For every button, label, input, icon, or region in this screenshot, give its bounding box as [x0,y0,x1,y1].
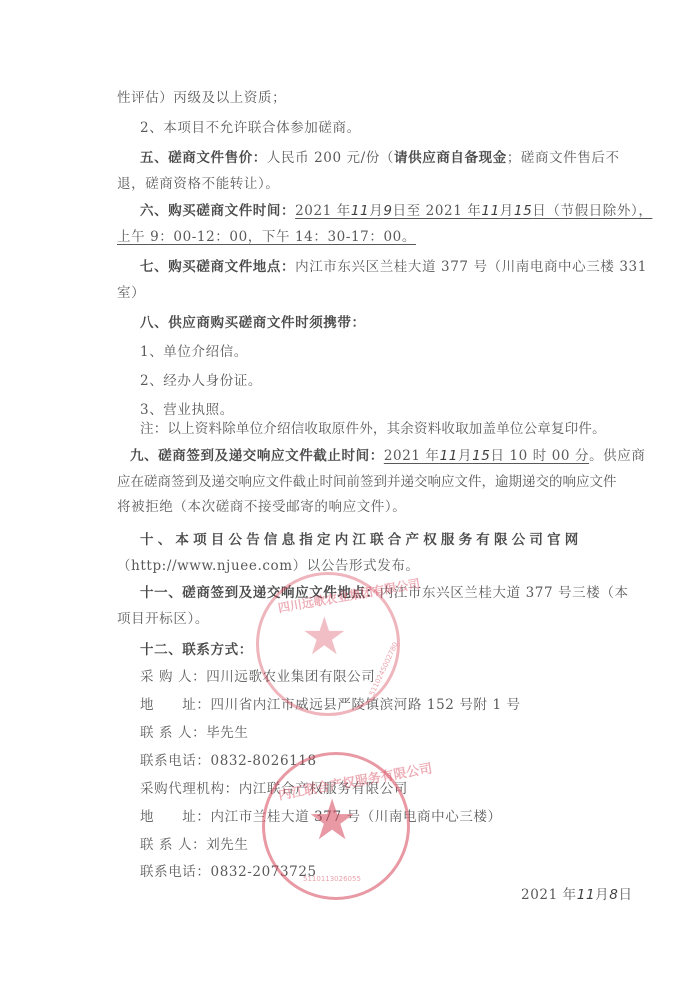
cash-note: 请供应商自备现金 [394,150,507,166]
contact-label: 联 系 人： [140,837,206,853]
address-label: 地 址： [140,809,211,825]
consortium-rule: 2、本项目不允许联合体参加磋商。 [140,118,630,138]
agency-phone: 0832-2073725 [211,864,317,880]
handwritten-month: 11 [577,887,595,903]
document-page: 性评估）丙级及以上资质； 2、本项目不允许联合体参加磋商。 五、磋商文件售价：人… [0,0,700,989]
phone-label: 联系电话： [140,753,211,769]
issue-date: 2021 年11月8日 [521,885,631,905]
section-10-announcement: 十、本项目公告信息指定内江联合产权服务有限公司官网 [140,530,630,550]
date-month-suffix: 月 [595,887,609,903]
purchaser-phone-row: 联系电话：0832-8026118 [140,751,630,771]
agency-contact: 刘先生 [206,837,248,853]
contact-label: 联 系 人： [140,725,206,741]
section-8-heading: 八、供应商购买磋商文件时须携带： [140,313,630,333]
website-link[interactable]: （http://www.njuee.com）以公告形式发布。 [117,556,607,576]
office-hours: 上午 9：00-12：00，下午 14：30-17：00。 [117,227,607,247]
section-12-heading: 十二、联系方式： [140,640,630,660]
handwritten-month: 11 [481,203,499,219]
purchaser-address: 四川省内江市威远县严陵镇滨河路 152 号附 1 号 [211,697,521,713]
location-continued: 室） [117,283,607,303]
year-text: 2021 年 [384,448,440,464]
section-11-heading: 十一、磋商签到及递交响应文件地点： [140,585,380,601]
month-text: 月 [369,203,383,219]
month-text: 月 [500,203,514,219]
price-tail: ；磋商文件售后不 [507,150,620,166]
required-item-2: 2、经办人身份证。 [140,371,630,391]
section-5-heading: 五、磋商文件售价： [140,150,267,166]
date-day-suffix: 日 [618,887,632,903]
deadline-rule: 应在磋商签到及递交响应文件截止时间前签到并递交响应文件，逾期递交的响应文件 [117,472,607,492]
signin-location: 内江市东兴区兰桂大道 377 号三楼（本 [380,585,629,601]
handwritten-day: 15 [514,203,532,219]
price-continued: 退，磋商资格不能转让）。 [117,174,607,194]
deadline-value: 2021 年11月15日 10 时 00 分 [384,448,589,464]
required-item-1: 1、单位介绍信。 [140,342,630,362]
purchaser-contact: 毕先生 [206,725,248,741]
purchaser-name: 四川远歌农业集团有限公司 [206,669,375,685]
date-year: 2021 年 [521,887,577,903]
purchaser-phone: 0832-8026118 [211,753,317,769]
location-text: 内江市东兴区兰桂大道 377 号（川南电商中心三楼 331 [295,259,647,275]
section-6-heading: 六、购买磋商文件时间： [140,203,295,219]
materials-note: 注：以上资料除单位介绍信收取原件外，其余资料收取加盖单位公章复印件。 [140,419,630,439]
holiday-note: 日（节假日除外）， [532,203,652,219]
agency-label: 采购代理机构： [140,781,239,797]
agency-phone-row: 联系电话：0832-2073725 [140,862,630,882]
signin-location-continued: 项目开标区）。 [117,609,607,629]
section-11-location: 十一、磋商签到及递交响应文件地点：内江市东兴区兰桂大道 377 号三楼（本 [140,583,630,603]
year-text: 2021 年 [295,203,351,219]
purchaser-label: 采 购 人： [140,669,206,685]
month-text: 月 [458,448,472,464]
handwritten-month: 11 [440,448,458,464]
section-9-deadline: 九、磋商签到及递交响应文件截止时间：2021 年11月15日 10 时 00 分… [130,446,620,466]
handwritten-month: 11 [351,203,369,219]
deadline-tail: 。供应商 [589,448,645,464]
required-item-3: 3、营业执照。 [140,400,630,420]
deadline-rule-continued: 将被拒绝（本次磋商不接受邮寄的响应文件）。 [117,497,607,517]
agency-contact-row: 联 系 人：刘先生 [140,835,630,855]
agency-address: 内江市兰桂大道 377 号（川南电商中心三楼） [211,809,502,825]
time-text: 日 10 时 00 分 [490,448,589,464]
qualification-text: 性评估）丙级及以上资质； [117,88,607,108]
range-text: 日至 2021 年 [393,203,482,219]
purchaser-contact-row: 联 系 人：毕先生 [140,723,630,743]
handwritten-day: 15 [472,448,490,464]
section-5-price: 五、磋商文件售价：人民币 200 元/份（请供应商自备现金；磋商文件售后不 [140,148,630,168]
agency-row: 采购代理机构：内江联合产权服务有限公司 [140,779,630,799]
section-7-location: 七、购买磋商文件地点：内江市东兴区兰桂大道 377 号（川南电商中心三楼 331 [140,257,630,277]
handwritten-day: 9 [383,203,392,219]
purchaser-address-row: 地 址：四川省内江市威远县严陵镇滨河路 152 号附 1 号 [140,695,630,715]
agency-address-row: 地 址：内江市兰桂大道 377 号（川南电商中心三楼） [140,807,630,827]
phone-label: 联系电话： [140,864,211,880]
purchase-period: 2021 年11月9日至 2021 年11月15日（节假日除外）， [295,203,652,219]
agency-name: 内江联合产权服务有限公司 [239,781,408,797]
section-7-heading: 七、购买磋商文件地点： [140,259,295,275]
price-text: 人民币 200 元/份（ [267,150,394,166]
purchaser-row: 采 购 人：四川远歌农业集团有限公司 [140,667,630,687]
section-6-time: 六、购买磋商文件时间：2021 年11月9日至 2021 年11月15日（节假日… [140,201,630,221]
section-9-heading: 九、磋商签到及递交响应文件截止时间： [130,448,384,464]
address-label: 地 址： [140,697,211,713]
